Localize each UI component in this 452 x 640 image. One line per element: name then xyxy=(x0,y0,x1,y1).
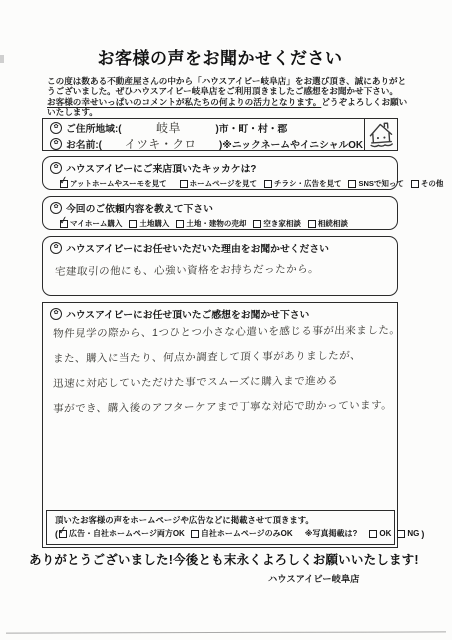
option-label: 自社ホームページのみOK xyxy=(201,528,293,539)
reason-question: ✿ ハウスアイビーにお任せいただいた理由をお聞かせください xyxy=(43,237,397,255)
impression-handwritten-answer: 物件見学の際から、1つひとつ小さな心遣いを感じる事が出来ました。 また、購入に当… xyxy=(43,321,397,416)
request-type-question: ✿ 今回のご依頼内容を教えて下さい xyxy=(43,197,397,215)
contact-info-box: ✿ ご住所地域:( 岐阜 )市・町・村・郡 ✿ お名前:( イツキ・クロ )※ニ… xyxy=(42,118,398,151)
flower-stamp-icon: ✿ xyxy=(50,122,62,134)
close-paren: ) xyxy=(421,529,424,539)
option-label: 土地・建物の売却 xyxy=(186,218,246,229)
flower-stamp-icon: ✿ xyxy=(50,138,62,150)
intro-line-1: この度は数ある不動産屋さんの中から「ハウスアイビー岐阜店」をお選び頂き、誠にあり… xyxy=(47,76,407,86)
checkbox-myhome-purchase[interactable] xyxy=(60,220,68,228)
intro-paragraph: この度は数ある不動産屋さんの中から「ハウスアイビー岐阜店」をお選び頂き、誠にあり… xyxy=(47,76,407,117)
option-label: アットホームやスーモを見て xyxy=(70,178,167,189)
reason-handwritten-answer: 宅建取引の他にも、心強い資格をお持ちだったから。 xyxy=(55,260,394,279)
checkbox-land-purchase[interactable] xyxy=(129,220,137,228)
address-handwritten-value: 岐阜 xyxy=(156,121,181,135)
question-text: ハウスアイビーにお任せ頂いたご感想をお聞かせ下さい xyxy=(66,307,309,321)
question-text: ハウスアイビーにお任せいただいた理由をお聞かせください xyxy=(66,241,329,255)
option-label: マイホーム購入 xyxy=(70,218,122,229)
visit-trigger-question: ✿ ハウスアイビーにご来店頂いたキッカケは? xyxy=(43,157,397,175)
name-label-prefix: お名前:( xyxy=(66,137,102,151)
checkbox-own-hp-only[interactable] xyxy=(191,530,199,538)
option-label: チラシ・広告を見て xyxy=(274,178,342,189)
flower-stamp-icon: ✿ xyxy=(50,308,62,320)
scanned-questionnaire: お客様の声をお聞かせください この度は数ある不動産屋さんの中から「ハウスアイビー… xyxy=(0,0,452,640)
option-label: NG xyxy=(407,529,419,538)
scan-artifact-speck xyxy=(0,55,4,63)
name-row: ✿ お名前:( イツキ・クロ )※ニックネームやイニシャルOK xyxy=(43,136,363,152)
checkbox-flyer-ad[interactable] xyxy=(264,180,272,188)
answer-line: 物件見学の際から、1つひとつ小さな心遣いを感じる事が出来ました。 xyxy=(53,324,396,341)
visit-trigger-options: アットホームやスーモを見て ホームページを見て チラシ・広告を見て SNSで知っ… xyxy=(43,175,397,189)
address-row: ✿ ご住所地域:( 岐阜 )市・町・村・郡 xyxy=(43,119,363,136)
consent-options: ( 広告・自社ホームページ両方OK 自社ホームページのみOK ※写真掲載は? O… xyxy=(55,526,390,539)
checkbox-homepage[interactable] xyxy=(180,180,188,188)
publication-consent-box: 頂いたお客様の声をホームページや広告などに掲載させて頂きます。 ( 広告・自社ホ… xyxy=(46,510,395,545)
store-name: ハウスアイビー岐阜店 xyxy=(268,571,359,585)
request-type-options: マイホーム購入 土地購入 土地・建物の売却 空き家相談 相続相談 xyxy=(43,215,397,229)
reason-box: ✿ ハウスアイビーにお任せいただいた理由をお聞かせください 宅建取引の他にも、心… xyxy=(42,236,398,296)
flower-stamp-icon: ✿ xyxy=(50,242,62,254)
checkbox-both-ad-and-hp-ok[interactable] xyxy=(59,530,67,538)
option-label: 土地購入 xyxy=(139,218,169,229)
question-text: ハウスアイビーにご来店頂いたキッカケは? xyxy=(66,161,256,175)
checkbox-photo-ng[interactable] xyxy=(397,530,405,538)
name-field[interactable]: イツキ・クロ xyxy=(106,136,215,152)
intro-line-3-tail: どうぞよろしくお願い xyxy=(321,97,407,107)
thank-you-message: ありがとうございました!今後とも末永くよろしくお願いいたします! xyxy=(29,550,419,568)
option-label: 相続相談 xyxy=(318,218,348,229)
checkbox-inheritance[interactable] xyxy=(308,220,316,228)
address-label-suffix: )市・町・村・郡 xyxy=(216,121,288,135)
option-label: その他 xyxy=(421,178,444,189)
intro-underlined-text: お客様の幸せいっぱいのコメントが私たちの何よりの活力となります。 xyxy=(47,97,321,107)
impression-question: ✿ ハウスアイビーにお任せ頂いたご感想をお聞かせ下さい xyxy=(43,303,397,321)
answer-line: 事ができ、購入後のアフターケアまで丁寧な対応で助かっています。 xyxy=(53,399,396,416)
name-label-suffix: )※ニックネームやイニシャルOK xyxy=(219,137,363,151)
address-field[interactable]: 岐阜 xyxy=(126,119,212,136)
answer-line: また、購入に当たり、何点か調査して頂く事がありましたが、 xyxy=(53,349,396,366)
question-text: 今回のご依頼内容を教えて下さい xyxy=(66,201,213,215)
answer-line: 迅速に対応していただけた事でスムーズに購入まで進める xyxy=(53,374,396,391)
checkbox-at-home-suumo[interactable] xyxy=(60,180,68,188)
intro-line-4: いたします。 xyxy=(47,107,407,117)
checkbox-photo-ok[interactable] xyxy=(369,530,377,538)
impression-box: ✿ ハウスアイビーにお任せ頂いたご感想をお聞かせ下さい 物件見学の際から、1つひ… xyxy=(42,302,398,548)
visit-trigger-box: ✿ ハウスアイビーにご来店頂いたキッカケは? アットホームやスーモを見て ホーム… xyxy=(42,156,398,190)
option-label: 空き家相談 xyxy=(263,218,301,229)
name-handwritten-value: イツキ・クロ xyxy=(124,139,196,151)
checkbox-land-building-sale[interactable] xyxy=(176,220,184,228)
checkbox-sns[interactable] xyxy=(348,180,356,188)
checkbox-other[interactable] xyxy=(411,180,419,188)
page-title: お客様の声をお聞かせください xyxy=(42,44,398,69)
address-label-prefix: ご住所地域:( xyxy=(66,121,122,135)
option-label: SNSで知って xyxy=(358,178,403,189)
photo-question: ※写真掲載は? xyxy=(305,528,358,539)
house-icon xyxy=(364,119,397,150)
option-label: 広告・自社ホームページ両方OK xyxy=(69,528,185,539)
checkbox-vacant-house[interactable] xyxy=(253,220,261,228)
intro-line-2: うございました。ぜひハウスアイビー岐阜店をご利用頂きましたご感想をお聞かせ下さい… xyxy=(47,86,407,96)
flower-stamp-icon: ✿ xyxy=(50,202,62,214)
option-label: ホームページを見て xyxy=(190,178,257,189)
request-type-box: ✿ 今回のご依頼内容を教えて下さい マイホーム購入 土地購入 土地・建物の売却 … xyxy=(42,196,398,230)
option-label: OK xyxy=(379,529,391,538)
flower-stamp-icon: ✿ xyxy=(50,162,62,174)
intro-line-3: お客様の幸せいっぱいのコメントが私たちの何よりの活力となります。どうぞよろしくお… xyxy=(47,97,407,107)
consent-notice: 頂いたお客様の声をホームページや広告などに掲載させて頂きます。 xyxy=(55,514,390,526)
